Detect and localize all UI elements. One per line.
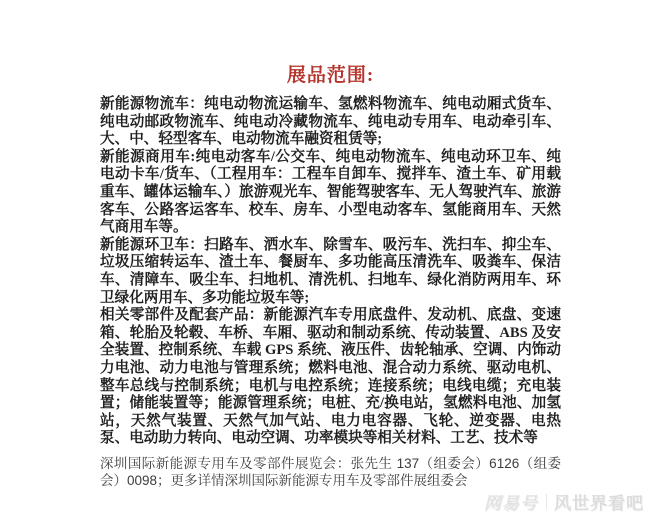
watermark-divider bbox=[546, 494, 547, 509]
page-title: 展品范围: bbox=[100, 60, 561, 87]
article-content: 展品范围: 新能源物流车：纯电动物流运输车、氢燃料物流车、纯电动厢式货车、纯电动… bbox=[100, 60, 561, 490]
paragraph-logistics-vehicles: 新能源物流车：纯电动物流运输车、氢燃料物流车、纯电动厢式货车、纯电动邮政物流车、… bbox=[100, 96, 561, 149]
article-page: 展品范围: 新能源物流车：纯电动物流运输车、氢燃料物流车、纯电动厢式货车、纯电动… bbox=[0, 0, 660, 520]
contact-info: 深圳国际新能源专用车及零部件展览会：张先生 137（组委会）6126（组委会）0… bbox=[100, 455, 561, 490]
paragraph-commercial-vehicles: 新能源商用车:纯电动客车/公交车、纯电动物流车、纯电动环卫车、纯电动卡车/货车、… bbox=[100, 149, 561, 237]
netease-hao-logo: 网易号 bbox=[484, 489, 538, 514]
publisher-name: 风世界看吧 bbox=[554, 489, 644, 514]
watermark: 网易号 风世界看吧 bbox=[484, 489, 644, 514]
paragraph-parts-and-accessories: 相关零部件及配套产品：新能源汽车专用底盘件、发动机、底盘、变速箱、轮胎及轮毂、车… bbox=[100, 307, 561, 448]
paragraph-sanitation-vehicles: 新能源环卫车：扫路车、洒水车、除雪车、吸污车、洗扫车、抑尘车、垃圾压缩转运车、渣… bbox=[100, 237, 561, 307]
